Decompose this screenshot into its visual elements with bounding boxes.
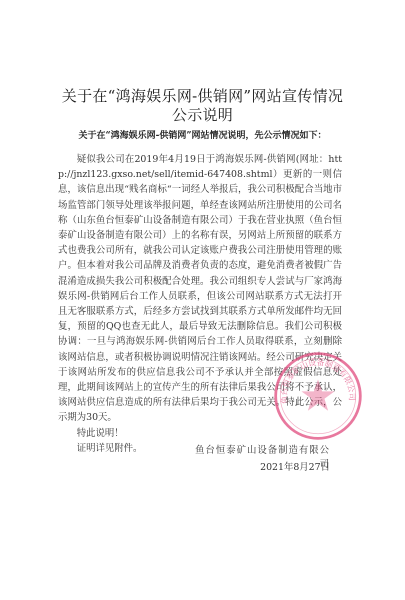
document-page: 关于在“鸿海娱乐网-供销网”网站宣传情况 公示说明 关于在“鸿海娱乐网-供销网”… (0, 0, 405, 600)
document-subtitle: 关于在“鸿海娱乐网-供销网”网站情况说明，先公示情况如下： (0, 128, 405, 141)
company-seal-icon: 鱼台恒泰矿山设备制造有限公司 (272, 350, 364, 442)
document-title-line2: 公示说明 (0, 104, 405, 125)
signature-date: 2021年8月27日 (190, 459, 330, 473)
document-title-line1: 关于在“鸿海娱乐网-供销网”网站宣传情况 (0, 85, 405, 106)
